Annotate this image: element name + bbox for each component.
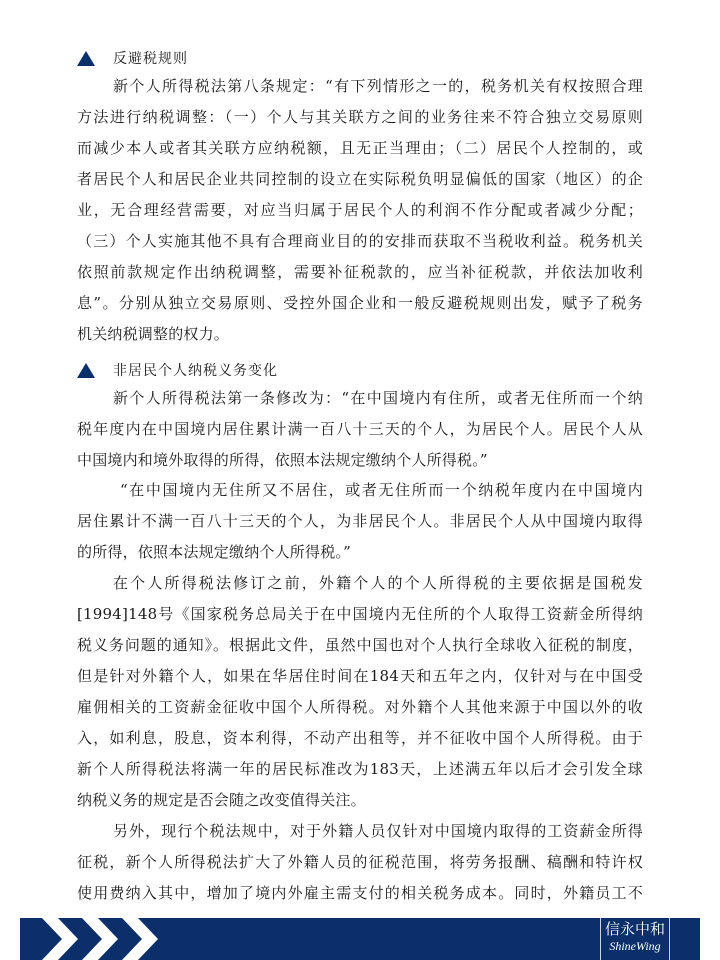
footer-band: 信永中和 ShineWing (20, 918, 700, 960)
paragraph-line: 在个人所得税法修订之前，外籍个人的个人所得税的主要依据是国税发 (113, 572, 643, 594)
logo-chinese-text: 信永中和 (601, 920, 669, 938)
triple-chevron-right-icon (20, 918, 190, 960)
paragraph-line: 征税，新个人所得税法扩大了外籍人员的征税范围，将劳务报酬、稿酬和特许权 (77, 851, 643, 873)
paragraph-line: 新个人所得税法将满一年的居民标准改为183天，上述满五年以后才会引发全球 (77, 758, 643, 780)
triangle-bullet-icon (77, 363, 95, 378)
paragraph-line: [1994]148号《国家税务总局关于在中国境内无住所的个人取得工资薪金所得纳 (77, 603, 643, 625)
paragraph-line: （三）个人实施其他不具有合理商业目的的安排而获取不当税收利益。税务机关 (77, 230, 643, 252)
paragraph-line: 机关纳税调整的权力。 (77, 323, 643, 345)
paragraph-line: 依照前款规定作出纳税调整，需要补征税款的，应当补征税款，并依法加收利 (77, 261, 643, 283)
paragraph-line: “在中国境内无住所又不居住，或者无住所而一个纳税年度内在中国境内 (120, 479, 643, 501)
paragraph-line: 居住累计不满一百八十三天的个人，为非居民个人。非居民个人从中国境内取得 (77, 510, 643, 532)
paragraph-line: 税年度内在中国境内居住累计满一百八十三天的个人，为居民个人。居民个人从 (77, 418, 643, 440)
paragraph-line: 的所得，依照本法规定缴纳个人所得税。” (77, 541, 643, 563)
paragraph-line: 息”。分别从独立交易原则、受控外国企业和一般反避税规则出发，赋予了税务 (77, 292, 643, 314)
document-page: 反避税规则 新个人所得税法第八条规定：“有下列情形之一的，税务机关有权按照合理 … (0, 0, 720, 960)
paragraph-line: 新个人所得税法第八条规定：“有下列情形之一的，税务机关有权按照合理 (113, 75, 643, 97)
paragraph-line: 但是针对外籍个人，如果在华居住时间在184天和五年之内，仅针对与在中国受 (77, 665, 643, 687)
paragraph-line: 纳税义务的规定是否会随之改变值得关注。 (77, 789, 643, 811)
logo-english-text: ShineWing (601, 938, 669, 954)
paragraph-line: 入，如利息，股息，资本利得，不动产出租等，并不征收中国个人所得税。由于 (77, 727, 643, 749)
section-heading-nonresident: 非居民个人纳税义务变化 (77, 360, 278, 380)
paragraph-line: 雇佣相关的工资薪金征收中国个人所得税。对外籍个人其他来源于中国以外的收 (77, 696, 643, 718)
paragraph-line: 中国境内和境外取得的所得，依照本法规定缴纳个人所得税。” (77, 449, 643, 471)
paragraph-line: 业，无合理经营需要，对应当归属于居民个人的利润不作分配或者减少分配； (77, 199, 643, 221)
paragraph-line: 方法进行纳税调整：（一）个人与其关联方之间的业务往来不符合独立交易原则 (77, 106, 643, 128)
paragraph-line: 税义务问题的通知》。根据此文件，虽然中国也对个人执行全球收入征税的制度， (77, 634, 643, 656)
paragraph-line: 新个人所得税法第一条修改为：“在中国境内有住所，或者无住所而一个纳 (113, 387, 643, 409)
triangle-bullet-icon (77, 51, 95, 66)
paragraph-line: 而减少本人或者其关联方应纳税额，且无正当理由；（二）居民个人控制的，或 (77, 137, 643, 159)
heading-text: 反避税规则 (113, 48, 188, 68)
heading-text: 非居民个人纳税义务变化 (113, 360, 278, 380)
paragraph-line: 者居民个人和居民企业共同控制的设立在实际税负明显偏低的国家（地区）的企 (77, 168, 643, 190)
paragraph-line: 使用费纳入其中，增加了境内外雇主需支付的相关税务成本。同时，外籍员工不 (77, 882, 643, 904)
shinewing-logo: 信永中和 ShineWing (600, 918, 670, 960)
paragraph-line: 另外，现行个税法规中，对于外籍人员仅针对中国境内取得的工资薪金所得 (113, 820, 643, 842)
section-heading-anti-avoidance: 反避税规则 (77, 48, 188, 68)
